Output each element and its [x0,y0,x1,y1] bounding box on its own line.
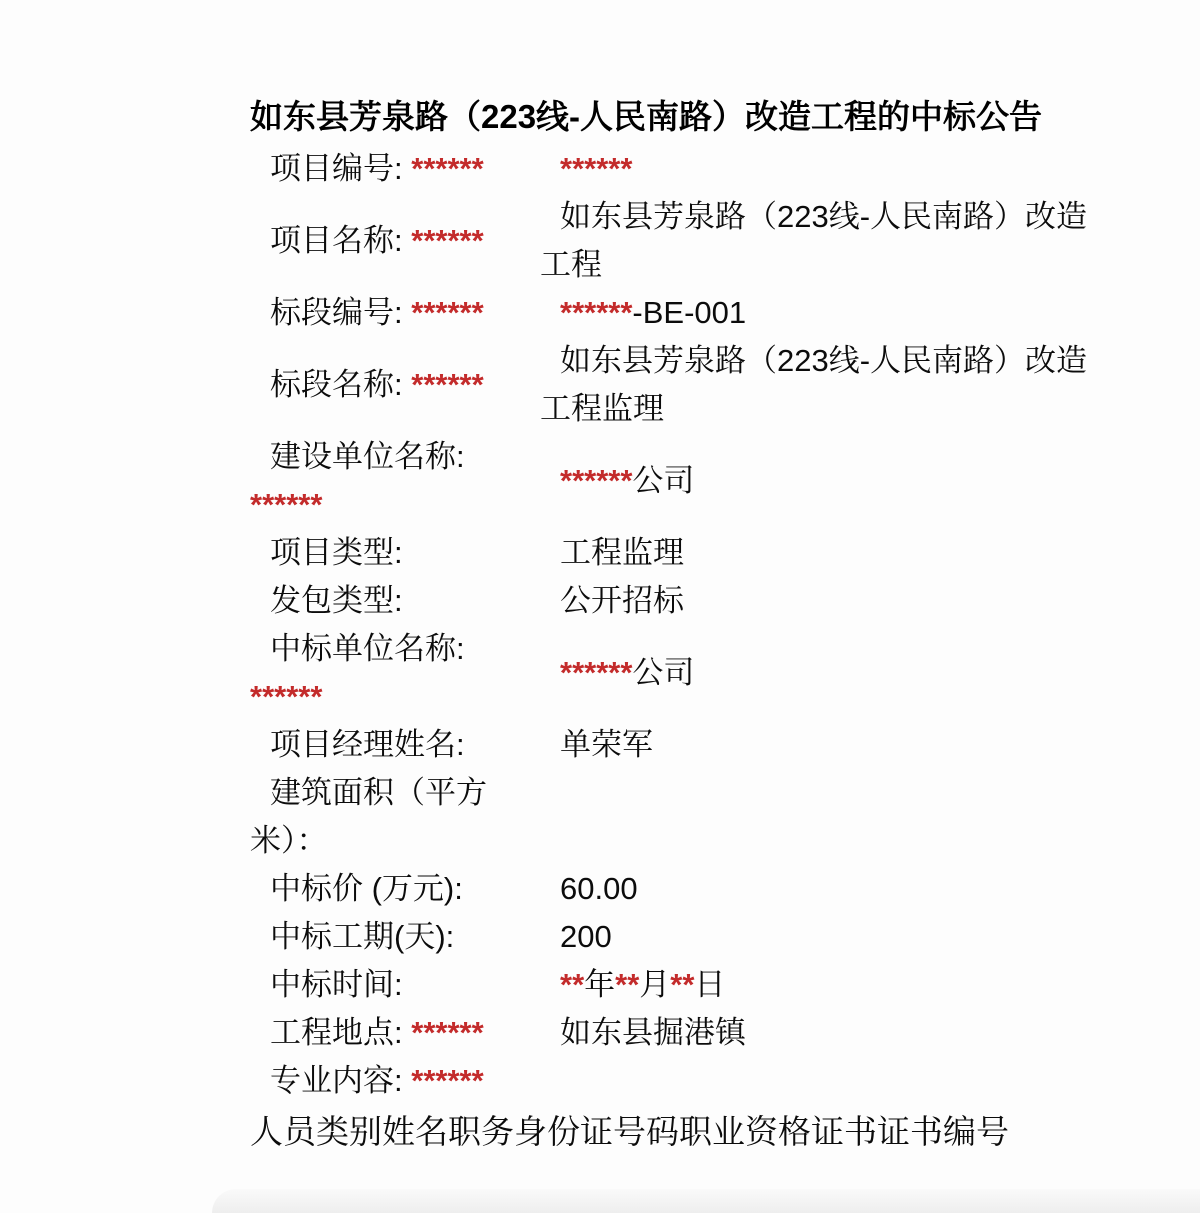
specialty-content-label-cell: 专业内容: ****** [250,1057,512,1105]
date-unit-day: 日 [694,967,725,1002]
bid-date-value-cell: **年**月**日 [540,961,1110,1009]
section-name-label-cell: 标段名称: ****** [250,361,512,409]
field-value: 工程监理 [560,535,684,570]
field-value: 公开招标 [560,583,684,618]
field-label: 工程地点: [270,1015,403,1050]
field-value: 如东县掘港镇 [560,1015,746,1050]
masked-value: ****** [560,295,632,330]
announcement-page: 如东县芳泉路（223线-人民南路）改造工程的中标公告 项目编号: ****** … [0,0,1200,1213]
bid-duration-row: 中标工期(天): 200 [250,913,1110,961]
project-location-row: 工程地点: ****** 如东县掘港镇 [250,1009,1110,1057]
bid-duration-label-cell: 中标工期(天): [250,913,512,961]
owner-name-row: 建设单位名称: ****** ******公司 [250,433,1110,529]
bid-date-row: 中标时间: **年**月**日 [250,961,1110,1009]
masked-value: ****** [411,1015,483,1050]
bid-price-label-cell: 中标价 (万元): [250,865,512,913]
masked-value: ** [560,967,584,1002]
winner-name-value-cell: ******公司 [540,649,1110,697]
bid-price-value-cell: 60.00 [540,865,1110,913]
masked-value: ****** [411,1063,483,1098]
project-manager-row: 项目经理姓名: 单荣军 [250,721,1110,769]
field-label: 建筑面积（平方米）： [250,775,487,858]
field-value: 如东县芳泉路（223线-人民南路）改造工程 [540,199,1087,282]
project-manager-label-cell: 项目经理姓名: [250,721,512,769]
masked-value: ****** [560,463,632,498]
project-location-value-cell: 如东县掘港镇 [540,1009,1110,1057]
project-name-row: 项目名称: ****** 如东县芳泉路（223线-人民南路）改造工程 [250,193,1110,289]
project-name-value-cell: 如东县芳泉路（223线-人民南路）改造工程 [540,193,1110,289]
tendering-type-value-cell: 公开招标 [540,577,1110,625]
project-number-label-cell: 项目编号: ****** [250,145,512,193]
section-number-row: 标段编号: ****** ******-BE-001 [250,289,1110,337]
personnel-header-line: 人员类别姓名职务身份证号码职业资格证书证书编号 [250,1107,1110,1157]
field-label: 中标单位名称: [270,631,465,666]
field-value: -BE-001 [632,295,746,330]
masked-value: ****** [411,151,483,186]
project-location-label-cell: 工程地点: ****** [250,1009,512,1057]
field-label: 项目编号: [270,151,403,186]
masked-value: ****** [250,487,322,522]
field-label: 发包类型: [270,583,403,618]
bid-date-label-cell: 中标时间: [250,961,512,1009]
project-type-row: 项目类型: 工程监理 [250,529,1110,577]
field-value: 60.00 [560,871,638,906]
building-area-label-cell: 建筑面积（平方米）： [250,769,512,865]
field-label: 中标工期(天): [270,919,454,954]
field-value: 单荣军 [560,727,653,762]
masked-value: ** [615,967,639,1002]
field-label: 中标价 (万元): [270,871,463,906]
specialty-content-row: 专业内容: ****** [250,1057,1110,1105]
field-label: 项目类型: [270,535,403,570]
project-name-label-cell: 项目名称: ****** [250,217,512,265]
section-number-label-cell: 标段编号: ****** [250,289,512,337]
owner-name-value-cell: ******公司 [540,457,1110,505]
field-label: 建设单位名称: [270,439,465,474]
field-value: 公司 [632,655,694,690]
section-name-value-cell: 如东县芳泉路（223线-人民南路）改造工程监理 [540,337,1110,433]
field-label: 中标时间: [270,967,403,1002]
field-label: 专业内容: [270,1063,403,1098]
date-unit-year: 年 [584,967,615,1002]
field-label: 项目经理姓名: [270,727,465,762]
project-number-value-cell: ****** [540,145,1110,193]
field-label: 项目名称: [270,223,403,258]
project-number-row: 项目编号: ****** ****** [250,145,1110,193]
bottom-table-edge [212,1189,1200,1213]
masked-value: ****** [411,295,483,330]
masked-value: ****** [411,367,483,402]
tendering-type-row: 发包类型: 公开招标 [250,577,1110,625]
field-value: 公司 [632,463,694,498]
masked-value: ****** [411,223,483,258]
masked-value: ** [670,967,694,1002]
field-label: 标段编号: [270,295,403,330]
tendering-type-label-cell: 发包类型: [250,577,512,625]
section-number-value-cell: ******-BE-001 [540,289,1110,337]
owner-name-label-cell: 建设单位名称: ****** [250,433,512,529]
project-type-value-cell: 工程监理 [540,529,1110,577]
field-value: 如东县芳泉路（223线-人民南路）改造工程监理 [540,343,1087,426]
winner-name-label-cell: 中标单位名称: ****** [250,625,512,721]
winner-name-row: 中标单位名称: ****** ******公司 [250,625,1110,721]
bid-price-row: 中标价 (万元): 60.00 [250,865,1110,913]
masked-value: ****** [560,151,632,186]
building-area-row: 建筑面积（平方米）： [250,769,1110,865]
date-unit-month: 月 [639,967,670,1002]
announcement-title: 如东县芳泉路（223线-人民南路）改造工程的中标公告 [250,96,1110,138]
project-type-label-cell: 项目类型: [250,529,512,577]
bid-duration-value-cell: 200 [540,913,1110,961]
section-name-row: 标段名称: ****** 如东县芳泉路（223线-人民南路）改造工程监理 [250,337,1110,433]
masked-value: ****** [560,655,632,690]
project-manager-value-cell: 单荣军 [540,721,1110,769]
field-label: 标段名称: [270,367,403,402]
announcement-document: 如东县芳泉路（223线-人民南路）改造工程的中标公告 项目编号: ****** … [250,96,1110,1157]
masked-value: ****** [250,679,322,714]
field-value: 200 [560,919,612,954]
